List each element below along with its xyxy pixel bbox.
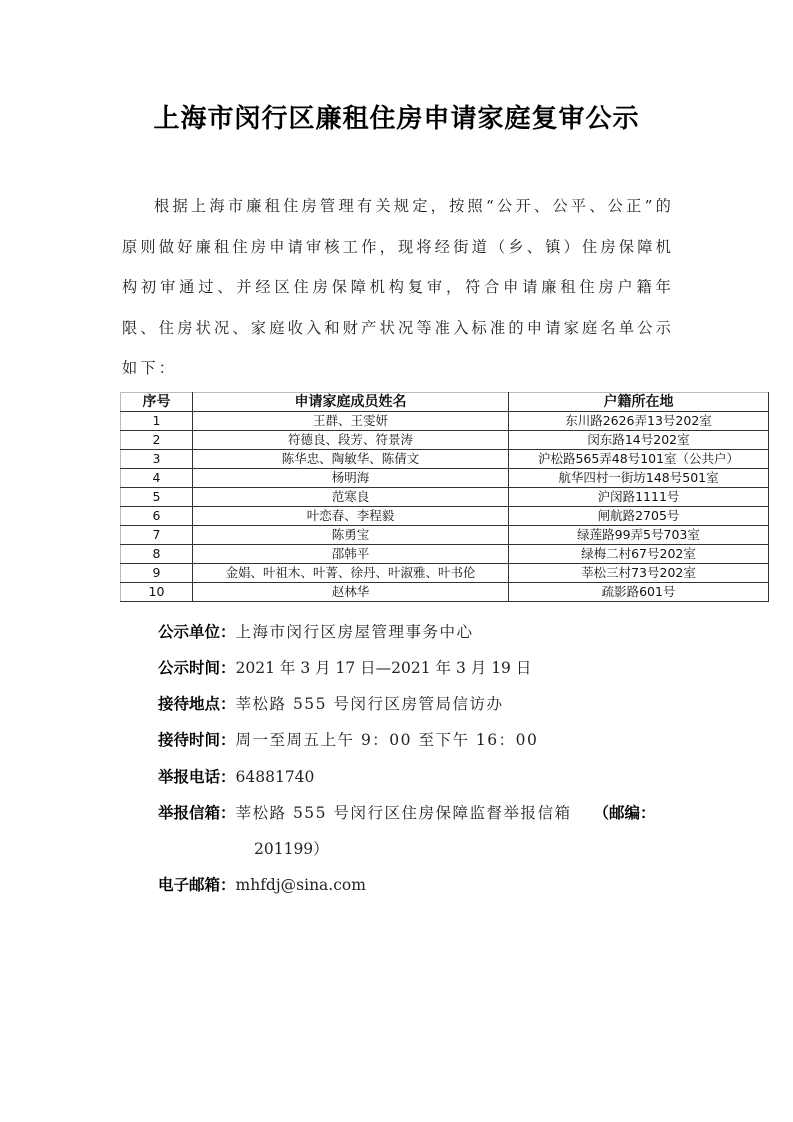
table-header-row: 序号 申请家庭成员姓名 户籍所在地 [121, 393, 769, 412]
cell-names: 金娟、叶祖木、叶菁、徐丹、叶淑雅、叶书伦 [193, 564, 509, 583]
cell-address: 航华四村一街坊148号501室 [509, 469, 769, 488]
info-phone: 举报电话：64881740 [158, 765, 314, 787]
cell-no: 2 [121, 431, 193, 450]
cell-names: 叶恋春、李程毅 [193, 507, 509, 526]
info-venue-label: 接待地点： [158, 695, 236, 713]
info-postcode-value: 201199） [254, 840, 329, 858]
info-unit-value: 上海市闵行区房屋管理事务中心 [236, 623, 474, 641]
cell-no: 3 [121, 450, 193, 469]
cell-address: 疏影路601号 [509, 583, 769, 602]
cell-address: 绿梅二村67号202室 [509, 545, 769, 564]
info-venue: 接待地点：莘松路 555 号闵行区房管局信访办 [158, 692, 503, 714]
info-postcode: 201199） [254, 837, 329, 859]
info-period-label: 公示时间： [158, 659, 236, 677]
cell-address: 莘松三村73号202室 [509, 564, 769, 583]
cell-address: 沪松路565弄48号101室（公共户） [509, 450, 769, 469]
cell-address: 沪闵路1111号 [509, 488, 769, 507]
document-page: 上海市闵行区廉租住房申请家庭复审公示 根据上海市廉租住房管理有关规定，按照“公开… [0, 0, 793, 1122]
cell-names: 范寒良 [193, 488, 509, 507]
info-unit-label: 公示单位： [158, 623, 236, 641]
cell-no: 5 [121, 488, 193, 507]
info-hours-label: 接待时间： [158, 731, 236, 749]
header-address: 户籍所在地 [509, 393, 769, 412]
cell-no: 9 [121, 564, 193, 583]
table-row: 9 金娟、叶祖木、叶菁、徐丹、叶淑雅、叶书伦 莘松三村73号202室 [121, 564, 769, 583]
table-row: 7 陈勇宝 绿莲路99弄5号703室 [121, 526, 769, 545]
cell-no: 6 [121, 507, 193, 526]
table-row: 6 叶恋春、李程毅 闸航路2705号 [121, 507, 769, 526]
info-postcode-label: （邮编： [593, 804, 655, 822]
info-email-label: 电子邮箱： [158, 876, 236, 894]
info-mailbox-label: 举报信箱： [158, 804, 236, 822]
applicant-table: 序号 申请家庭成员姓名 户籍所在地 1 王群、王雯妍 东川路2626弄13号20… [120, 392, 769, 602]
intro-paragraph: 根据上海市廉租住房管理有关规定，按照“公开、公平、公正”的原则做好廉租住房申请审… [122, 186, 674, 389]
info-hours-value: 周一至周五上午 9：00 至下午 16：00 [236, 731, 539, 749]
info-venue-value: 莘松路 555 号闵行区房管局信访办 [236, 695, 504, 713]
info-phone-label: 举报电话： [158, 768, 236, 786]
info-unit: 公示单位：上海市闵行区房屋管理事务中心 [158, 620, 474, 642]
cell-address: 闸航路2705号 [509, 507, 769, 526]
cell-no: 8 [121, 545, 193, 564]
info-phone-value: 64881740 [236, 768, 315, 786]
info-period: 公示时间：2021 年 3 月 17 日—2021 年 3 月 19 日 [158, 656, 531, 678]
cell-names: 杨明海 [193, 469, 509, 488]
table-row: 2 符德良、段芳、符景涛 闵东路14号202室 [121, 431, 769, 450]
table-row: 4 杨明海 航华四村一街坊148号501室 [121, 469, 769, 488]
table-row: 10 赵林华 疏影路601号 [121, 583, 769, 602]
cell-address: 闵东路14号202室 [509, 431, 769, 450]
cell-no: 7 [121, 526, 193, 545]
info-email-value[interactable]: mhfdj@sina.com [236, 876, 366, 894]
header-no: 序号 [121, 393, 193, 412]
table-row: 1 王群、王雯妍 东川路2626弄13号202室 [121, 412, 769, 431]
header-names: 申请家庭成员姓名 [193, 393, 509, 412]
cell-names: 陈华忠、陶敏华、陈倩文 [193, 450, 509, 469]
table-row: 8 邵韩平 绿梅二村67号202室 [121, 545, 769, 564]
cell-names: 邵韩平 [193, 545, 509, 564]
info-mailbox: 举报信箱：莘松路 555 号闵行区住房保障监督举报信箱（邮编： [158, 801, 655, 823]
info-period-value: 2021 年 3 月 17 日—2021 年 3 月 19 日 [236, 659, 532, 677]
info-hours: 接待时间：周一至周五上午 9：00 至下午 16：00 [158, 728, 538, 750]
cell-names: 王群、王雯妍 [193, 412, 509, 431]
cell-address: 绿莲路99弄5号703室 [509, 526, 769, 545]
cell-names: 符德良、段芳、符景涛 [193, 431, 509, 450]
cell-names: 赵林华 [193, 583, 509, 602]
cell-names: 陈勇宝 [193, 526, 509, 545]
cell-no: 1 [121, 412, 193, 431]
info-email: 电子邮箱：mhfdj@sina.com [158, 873, 366, 895]
document-title: 上海市闵行区廉租住房申请家庭复审公示 [0, 98, 793, 135]
cell-no: 10 [121, 583, 193, 602]
info-mailbox-value: 莘松路 555 号闵行区住房保障监督举报信箱 [236, 804, 572, 822]
cell-no: 4 [121, 469, 193, 488]
table-row: 3 陈华忠、陶敏华、陈倩文 沪松路565弄48号101室（公共户） [121, 450, 769, 469]
table-row: 5 范寒良 沪闵路1111号 [121, 488, 769, 507]
cell-address: 东川路2626弄13号202室 [509, 412, 769, 431]
